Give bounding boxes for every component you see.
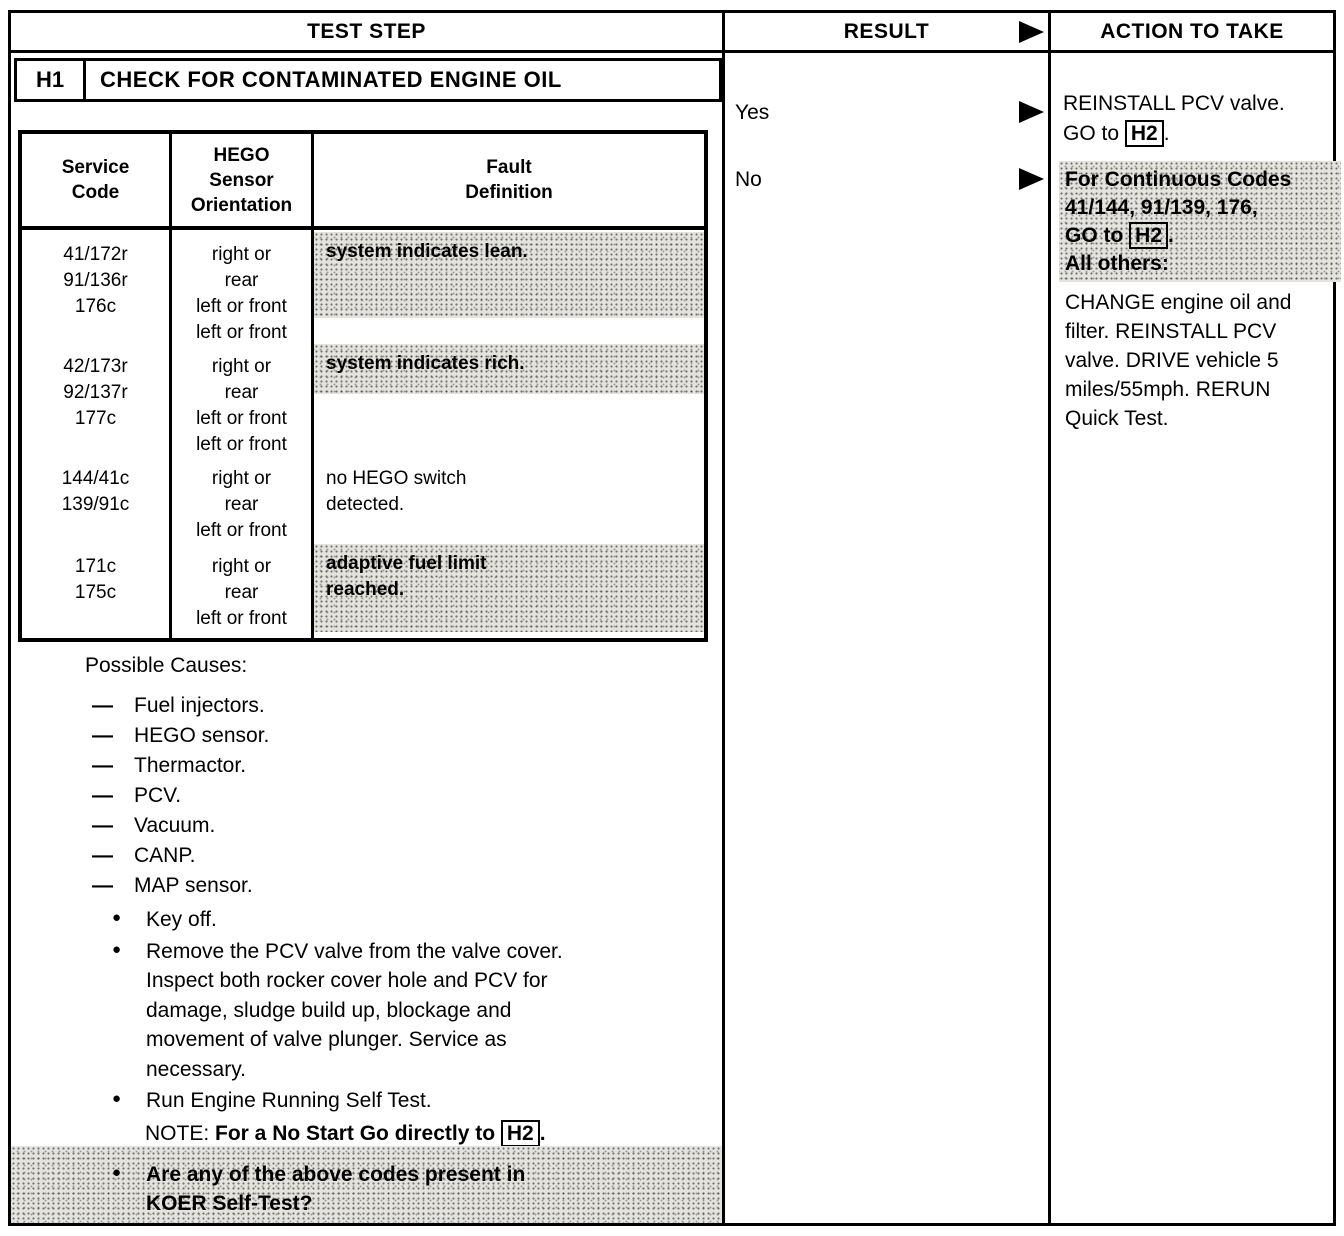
step-reference-box: H2 xyxy=(1129,222,1168,249)
table-row-codes: 144/41c 139/91c xyxy=(22,454,172,542)
list-item: —Vacuum. xyxy=(92,811,269,841)
note-line: NOTE: For a No Start Go directly to H2. xyxy=(145,1120,546,1147)
procedure-steps-list: ●Key off. ●Remove the PCV valve from the… xyxy=(112,905,716,1118)
note-text: For a No Start Go directly to xyxy=(215,1122,501,1145)
continuous-codes-suffix: . xyxy=(1168,224,1174,247)
dash-icon: — xyxy=(92,814,122,838)
list-item-label: Key off. xyxy=(146,905,716,935)
step-reference-box: H2 xyxy=(1125,120,1164,147)
list-item-label: Thermactor. xyxy=(134,754,246,778)
table-row-orientation: right or rear left or front left or fron… xyxy=(172,342,314,454)
note-suffix: . xyxy=(540,1122,546,1145)
header-test-step: TEST STEP xyxy=(11,13,722,50)
action-no-continuous-codes: For Continuous Codes 41/144, 91/139, 176… xyxy=(1059,161,1341,282)
table-row-fault: system indicates lean. xyxy=(314,230,704,342)
bullet-icon: ● xyxy=(112,905,146,935)
fault-text-shaded: adaptive fuel limit reached. xyxy=(314,544,704,632)
step-reference-box: H2 xyxy=(501,1120,540,1147)
action-no-body: CHANGE engine oil and filter. REINSTALL … xyxy=(1059,282,1341,433)
table-row-codes: 41/172r 91/136r 176c xyxy=(22,230,172,342)
list-item: —MAP sensor. xyxy=(92,871,269,901)
bullet-icon: ● xyxy=(112,1160,146,1223)
column-divider-test-result xyxy=(722,13,725,1223)
list-item-label: HEGO sensor. xyxy=(134,724,269,748)
list-item: —PCV. xyxy=(92,781,269,811)
col-header-fault-definition: Fault Definition xyxy=(314,134,704,230)
action-no-text: For Continuous Codes 41/144, 91/139, 176… xyxy=(1059,161,1341,433)
list-item: —HEGO sensor. xyxy=(92,721,269,751)
fault-text-shaded: system indicates lean. xyxy=(314,232,704,318)
table-row-orientation: right or rear left or front xyxy=(172,542,314,638)
step-title-row: H1 CHECK FOR CONTAMINATED ENGINE OIL xyxy=(14,58,722,102)
table-row-orientation: right or rear left or front xyxy=(172,454,314,542)
bullet-icon: ● xyxy=(112,1086,146,1116)
list-item-label: CANP. xyxy=(134,844,195,868)
list-item: ●Key off. xyxy=(112,905,716,935)
list-item: ●Remove the PCV valve from the valve cov… xyxy=(112,937,716,1085)
result-no-label: No xyxy=(735,168,762,192)
dash-icon: — xyxy=(92,694,122,718)
arrow-right-icon xyxy=(1019,101,1044,123)
note-label: NOTE: xyxy=(145,1122,215,1145)
possible-causes-title: Possible Causes: xyxy=(85,654,247,678)
fault-text: no HEGO switch detected. xyxy=(314,454,704,518)
table-row-fault: adaptive fuel limit reached. xyxy=(314,542,704,638)
test-question-row: ● Are any of the above codes present in … xyxy=(11,1146,722,1223)
dash-icon: — xyxy=(92,844,122,868)
result-yes-label: Yes xyxy=(735,101,769,125)
continuous-codes-text: For Continuous Codes 41/144, 91/139, 176… xyxy=(1065,168,1291,247)
table-header-row: TEST STEP RESULT ACTION TO TAKE xyxy=(11,13,1333,53)
list-item-label: Remove the PCV valve from the valve cove… xyxy=(146,937,716,1085)
list-item-label: Fuel injectors. xyxy=(134,694,265,718)
list-item-label: Vacuum. xyxy=(134,814,215,838)
dash-icon: — xyxy=(92,754,122,778)
step-title: CHECK FOR CONTAMINATED ENGINE OIL xyxy=(83,58,722,102)
list-item: ●Run Engine Running Self Test. xyxy=(112,1086,716,1116)
table-row-codes: 42/173r 92/137r 177c xyxy=(22,342,172,454)
list-item-label: PCV. xyxy=(134,784,181,808)
service-code-table: Service Code HEGO Sensor Orientation Fau… xyxy=(18,130,708,642)
list-item-label: MAP sensor. xyxy=(134,874,253,898)
step-id-badge: H1 xyxy=(14,58,86,102)
table-row-codes: 171c 175c xyxy=(22,542,172,638)
list-item: —CANP. xyxy=(92,841,269,871)
header-result: RESULT xyxy=(725,13,1048,50)
possible-causes-list: —Fuel injectors. —HEGO sensor. —Thermact… xyxy=(92,691,269,901)
table-row-fault: system indicates rich. xyxy=(314,342,704,454)
col-header-service-code: Service Code xyxy=(22,134,172,230)
test-chart-table: TEST STEP RESULT ACTION TO TAKE H1 CHECK… xyxy=(8,10,1336,1226)
table-row-orientation: right or rear left or front left or fron… xyxy=(172,230,314,342)
test-question-text: Are any of the above codes present in KO… xyxy=(146,1160,706,1223)
pinpoint-test-page: TEST STEP RESULT ACTION TO TAKE H1 CHECK… xyxy=(0,0,1344,1236)
list-item-label: Run Engine Running Self Test. xyxy=(146,1086,716,1116)
header-action-to-take: ACTION TO TAKE xyxy=(1051,13,1333,50)
col-header-hego-orientation: HEGO Sensor Orientation xyxy=(172,134,314,230)
action-yes-body: REINSTALL PCV valve. GO to xyxy=(1063,92,1285,145)
all-others-label: All others: xyxy=(1065,250,1337,278)
list-item: —Thermactor. xyxy=(92,751,269,781)
bullet-icon: ● xyxy=(112,937,146,1085)
list-item: —Fuel injectors. xyxy=(92,691,269,721)
column-divider-result-action xyxy=(1048,13,1051,1223)
dash-icon: — xyxy=(92,724,122,748)
table-row-fault: no HEGO switch detected. xyxy=(314,454,704,542)
action-yes-text: REINSTALL PCV valve. GO to H2. xyxy=(1063,89,1337,149)
action-yes-suffix: . xyxy=(1164,122,1170,145)
arrow-right-icon xyxy=(1019,168,1044,190)
arrow-right-icon xyxy=(1019,21,1044,43)
dash-icon: — xyxy=(92,784,122,808)
fault-text-shaded: system indicates rich. xyxy=(314,344,704,394)
dash-icon: — xyxy=(92,874,122,898)
